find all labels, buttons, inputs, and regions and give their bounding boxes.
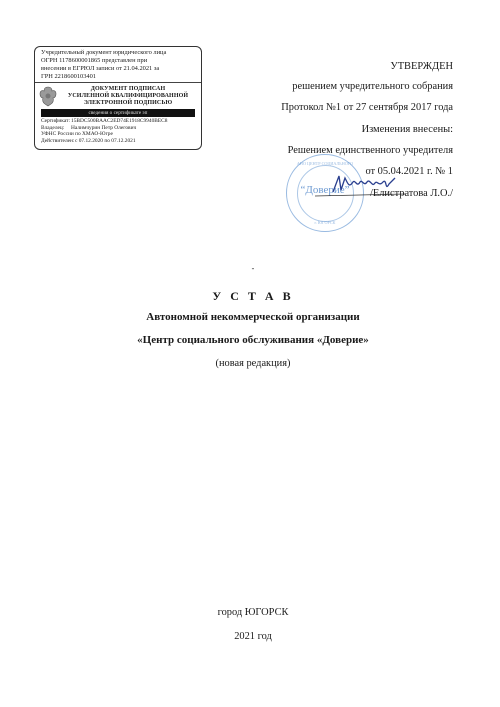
organization-type: Автономной некоммерческой организации (0, 311, 500, 323)
approved-label: УТВЕРЖДЕН (390, 61, 453, 72)
heading-line: УСИЛЕННОЙ КВАЛИФИЦИРОВАННОЙ (57, 93, 199, 100)
detail-value: Налимчурин Петр Олегович (71, 125, 136, 131)
signatory-name: /Елистратова Л.О./ (370, 188, 453, 199)
registration-line: ОГРН 1178600001865 представлен при (41, 57, 197, 65)
e-signature-certificate-box: Учредительный документ юридического лица… (34, 46, 202, 150)
edition-note: (новая редакция) (0, 358, 500, 369)
approval-body: решением учредительного собрания (292, 81, 453, 92)
certificate-issuer-row: УФНС России по ХМАО-Югре (41, 131, 197, 138)
signature-heading: ДОКУМЕНТ ПОДПИСАН УСИЛЕННОЙ КВАЛИФИЦИРОВ… (35, 83, 201, 109)
certificate-details: Сертификат:15BDC500BAAC2ED74E1918C9940BE… (35, 117, 201, 144)
organization-name: «Центр социального обслуживания «Доверие… (0, 334, 500, 346)
certificate-owner-row: Владелец:Налимчурин Петр Олегович (41, 125, 197, 132)
protocol-line: Протокол №1 от 27 сентября 2017 года (281, 102, 453, 113)
registration-note: Учредительный документ юридического лица… (35, 47, 201, 83)
changes-label: Изменения внесены: (362, 124, 453, 135)
heading-line: ЭЛЕКТРОННОЙ ПОДПИСЬЮ (57, 100, 199, 107)
scan-mark: - (0, 264, 500, 273)
founder-decision-line: Решением единственного учредителя (288, 145, 453, 156)
certificate-serial-row: Сертификат:15BDC500BAAC2ED74E1918C9940BE… (41, 118, 197, 125)
detail-value: 15BDC500BAAC2ED74E1918C9940BEC8 (71, 118, 167, 124)
detail-value: с 07.12.2020 по 07.12.2021 (75, 138, 136, 144)
detail-key: Владелец: (41, 125, 71, 132)
detail-key: Действителен: (41, 138, 75, 145)
detail-key: Сертификат: (41, 118, 71, 125)
document-title: У С Т А В (0, 289, 500, 304)
registration-line: внесении в ЕГРЮЛ записи от 21.04.2021 за (41, 65, 197, 73)
heading-line: ДОКУМЕНТ ПОДПИСАН (57, 86, 199, 93)
document-year: 2021 год (0, 631, 500, 642)
certificate-validity-row: Действителен:с 07.12.2020 по 07.12.2021 (41, 138, 197, 145)
registration-line: ГРН 2218600103401 (41, 73, 197, 81)
stamp-ring-bottom: г. ЮГОРСК (287, 220, 363, 225)
certificate-info-bar: сведения о сертификате эп (41, 109, 195, 117)
coat-of-arms-icon (39, 85, 57, 107)
detail-value: УФНС России по ХМАО-Югре (41, 131, 113, 137)
city-name: город ЮГОРСК (0, 607, 500, 618)
registration-line: Учредительный документ юридического лица (41, 49, 197, 57)
